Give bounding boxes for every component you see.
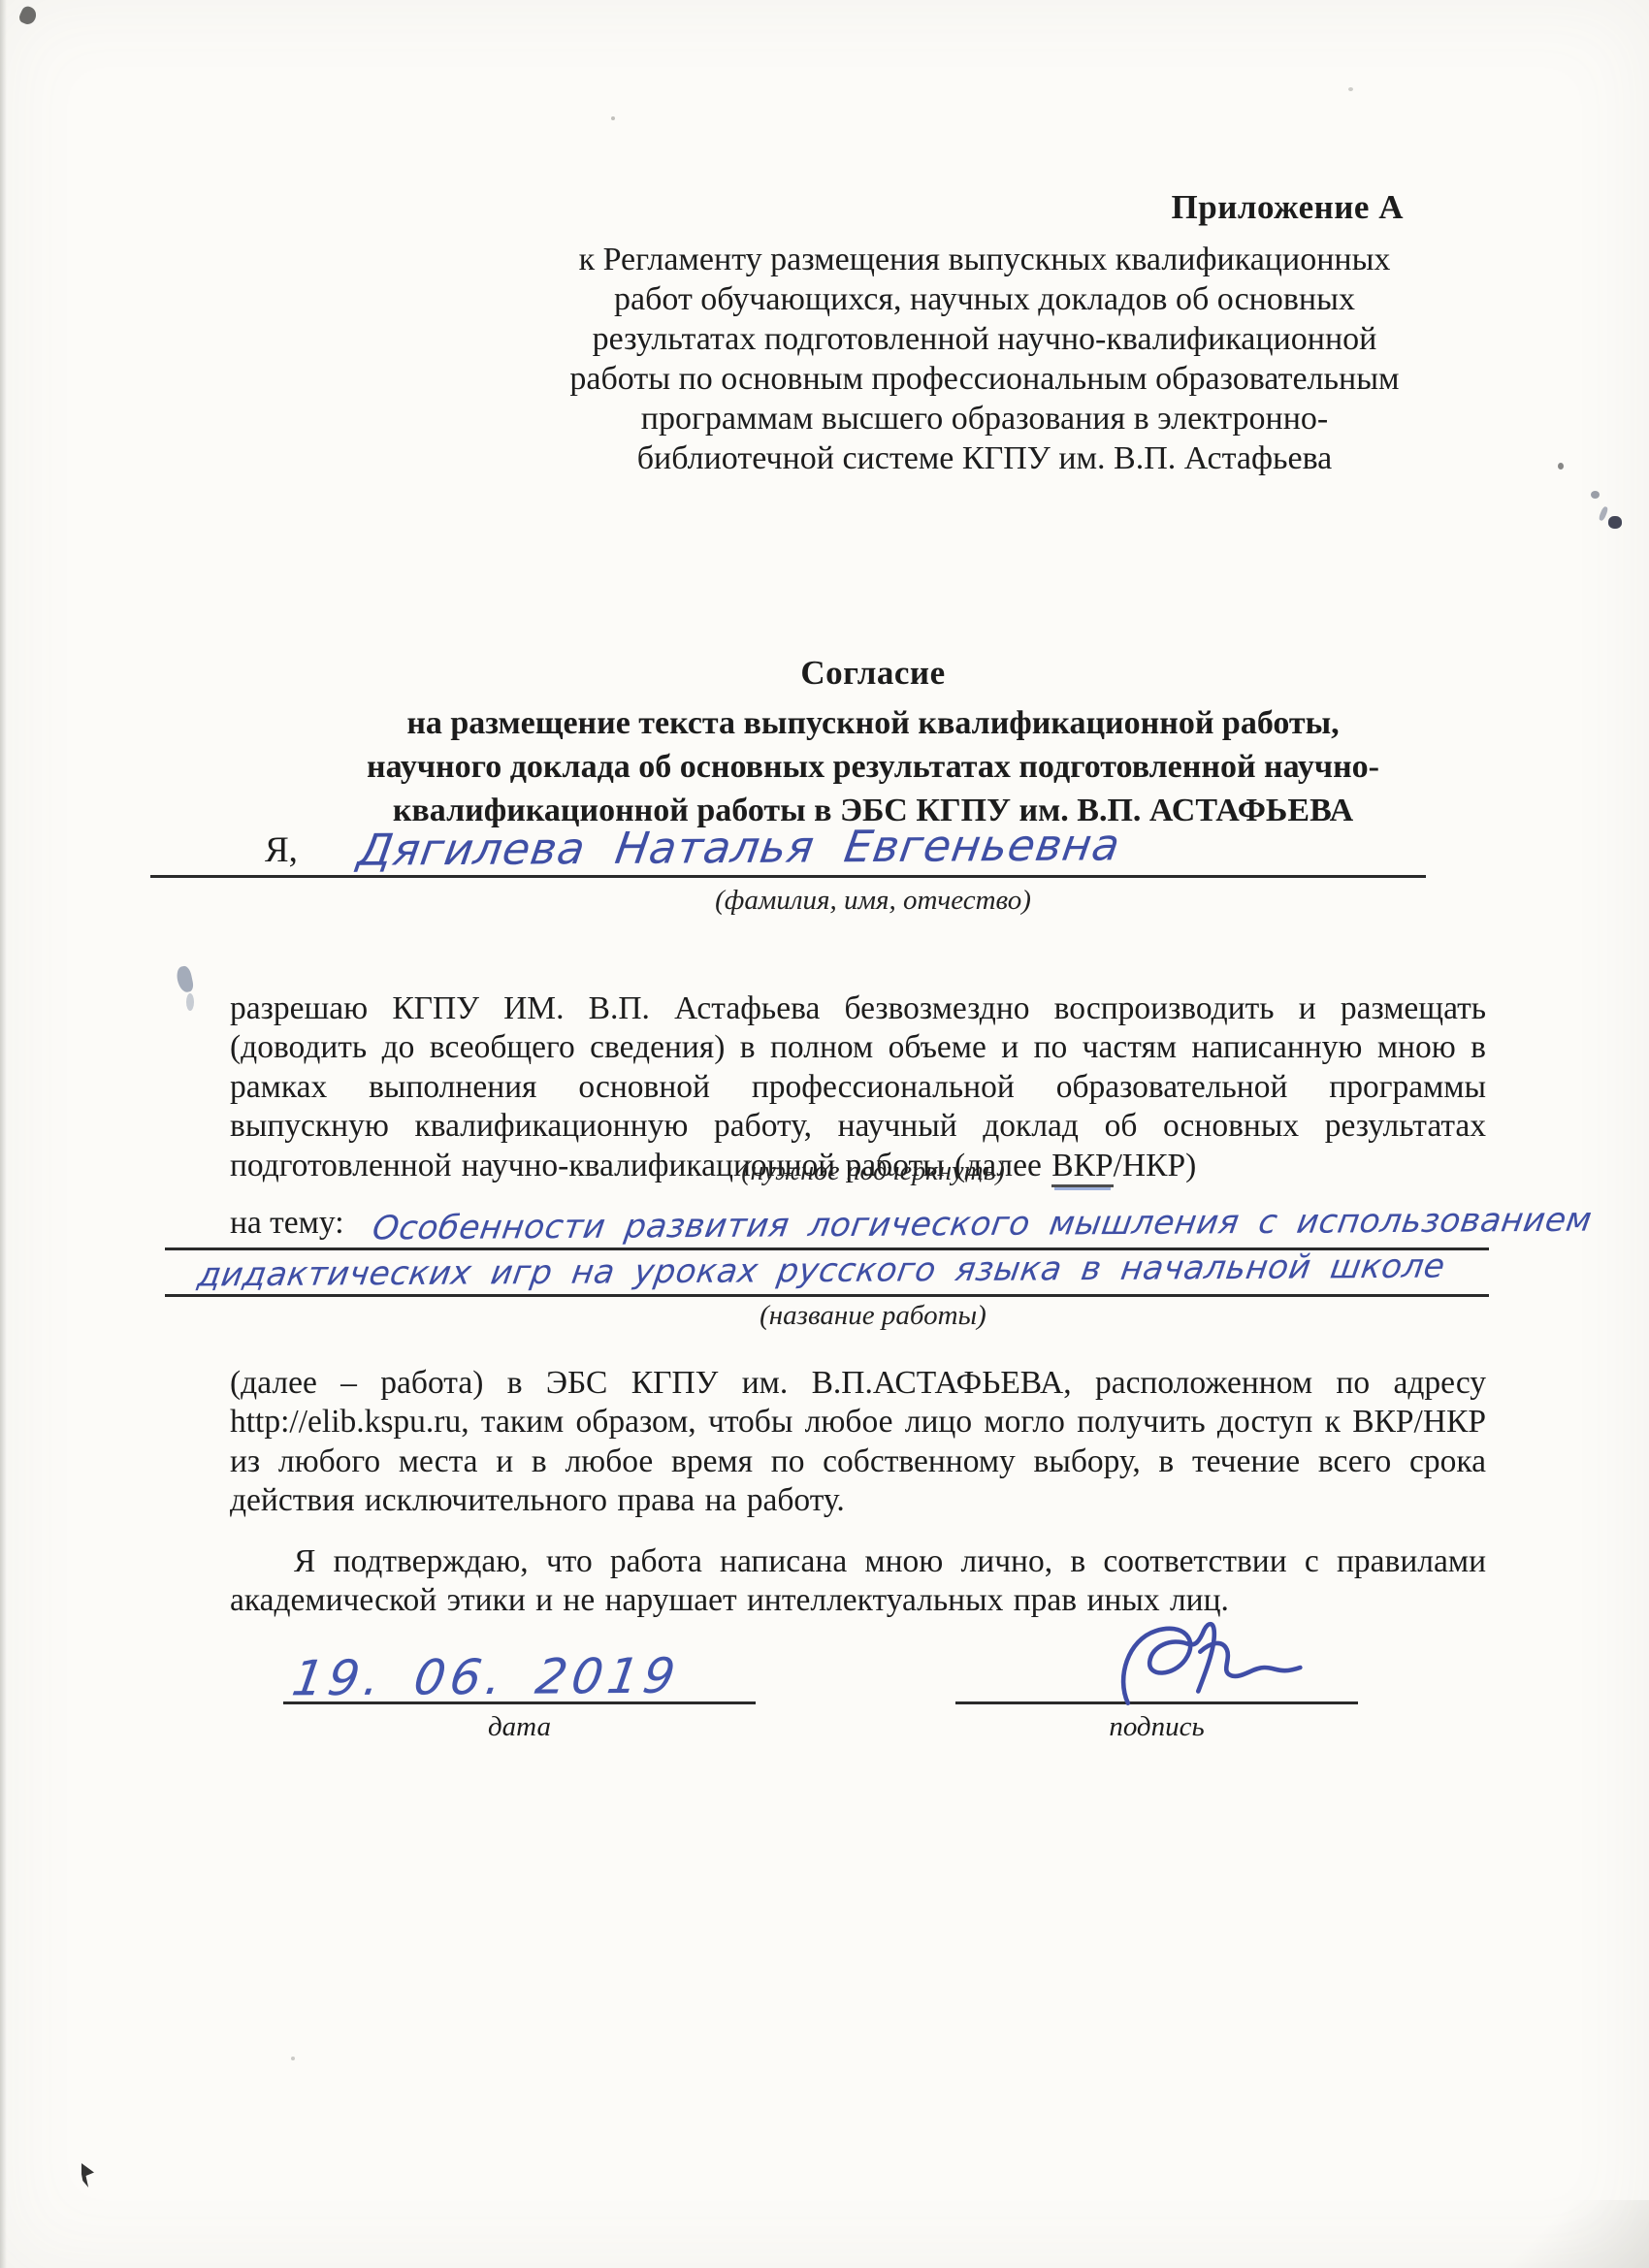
underline-instruction-caption: (нужное подчеркнуть) xyxy=(262,1156,1484,1187)
permission-text-before: разрешаю КГПУ ИМ. В.П. Астафьева безвозм… xyxy=(230,990,1486,1183)
topic-field-line-2: дидактических игр на уроках русского язы… xyxy=(165,1247,1489,1297)
scan-artifact-speck xyxy=(1598,505,1608,521)
document-heading: Согласие на размещение текста выпускной … xyxy=(252,654,1494,832)
document-subtitle-line: научного доклада об основных результатах… xyxy=(252,745,1494,789)
scan-artifact-speck xyxy=(1608,516,1622,529)
declarant-prefix: Я, xyxy=(265,829,298,871)
scan-dust xyxy=(611,116,615,120)
scan-artifact-bottom-mark xyxy=(81,2163,94,2187)
document-subtitle-line: на размещение текста выпускной квалифика… xyxy=(252,701,1494,745)
signature-caption: подпись xyxy=(955,1711,1358,1743)
topic-handwriting-line-1: Особенности развития логического мышлени… xyxy=(370,1201,1595,1248)
scanned-consent-form-page: Приложение А к Регламенту размещения вып… xyxy=(0,0,1649,2268)
document-title: Согласие xyxy=(252,654,1494,693)
signature-scribble-icon xyxy=(1106,1618,1314,1717)
topic-label: на тему: xyxy=(230,1205,344,1242)
scan-artifact-speck xyxy=(1591,491,1600,499)
appendix-line: к Регламенту размещения выпускных квалиф… xyxy=(495,240,1474,279)
topic-field-line-1: на тему: Особенности развития логическог… xyxy=(165,1199,1489,1250)
scan-artifact-speck xyxy=(1558,463,1564,470)
appendix-line: библиотечной системе КГПУ им. В.П. Астаф… xyxy=(495,438,1474,478)
terms-paragraph: (далее – работа) в ЭБС КГПУ им. В.П.АСТА… xyxy=(230,1364,1486,1521)
appendix-line: программам высшего образования в электро… xyxy=(495,399,1474,438)
scan-corner-shadow xyxy=(1484,2200,1649,2268)
name-field-caption: (фамилия, имя, отчество) xyxy=(262,885,1484,917)
topic-field-caption: (название работы) xyxy=(262,1300,1484,1332)
appendix-reference-block: к Регламенту размещения выпускных квалиф… xyxy=(495,240,1474,478)
scan-dust xyxy=(291,2057,295,2060)
scan-artifact-corner xyxy=(17,5,39,27)
date-field: 19. 06. 2019 xyxy=(283,1649,756,1704)
date-caption: дата xyxy=(283,1711,756,1743)
appendix-line: работ обучающихся, научных докладов об о… xyxy=(495,279,1474,319)
confirmation-paragraph: Я подтверждаю, что работа написана мною … xyxy=(230,1542,1486,1621)
scan-dust xyxy=(1348,87,1353,91)
scan-artifact-ink-smudge xyxy=(186,993,194,1011)
appendix-line: результатах подготовленной научно-квалиф… xyxy=(495,319,1474,359)
date-handwriting: 19. 06. 2019 xyxy=(288,1648,683,1707)
topic-handwriting-line-2: дидактических игр на уроках русского язы… xyxy=(195,1247,1447,1295)
appendix-label: Приложение А xyxy=(1172,188,1404,227)
scan-artifact-ink-smudge xyxy=(175,965,194,994)
declarant-name-handwriting: Дягилева Наталья Евгеньевна xyxy=(355,819,1124,875)
scan-edge-shadow xyxy=(0,0,7,2268)
declarant-name-field: Я, Дягилева Наталья Евгеньевна xyxy=(150,825,1426,878)
appendix-line: работы по основным профессиональным обра… xyxy=(495,359,1474,399)
